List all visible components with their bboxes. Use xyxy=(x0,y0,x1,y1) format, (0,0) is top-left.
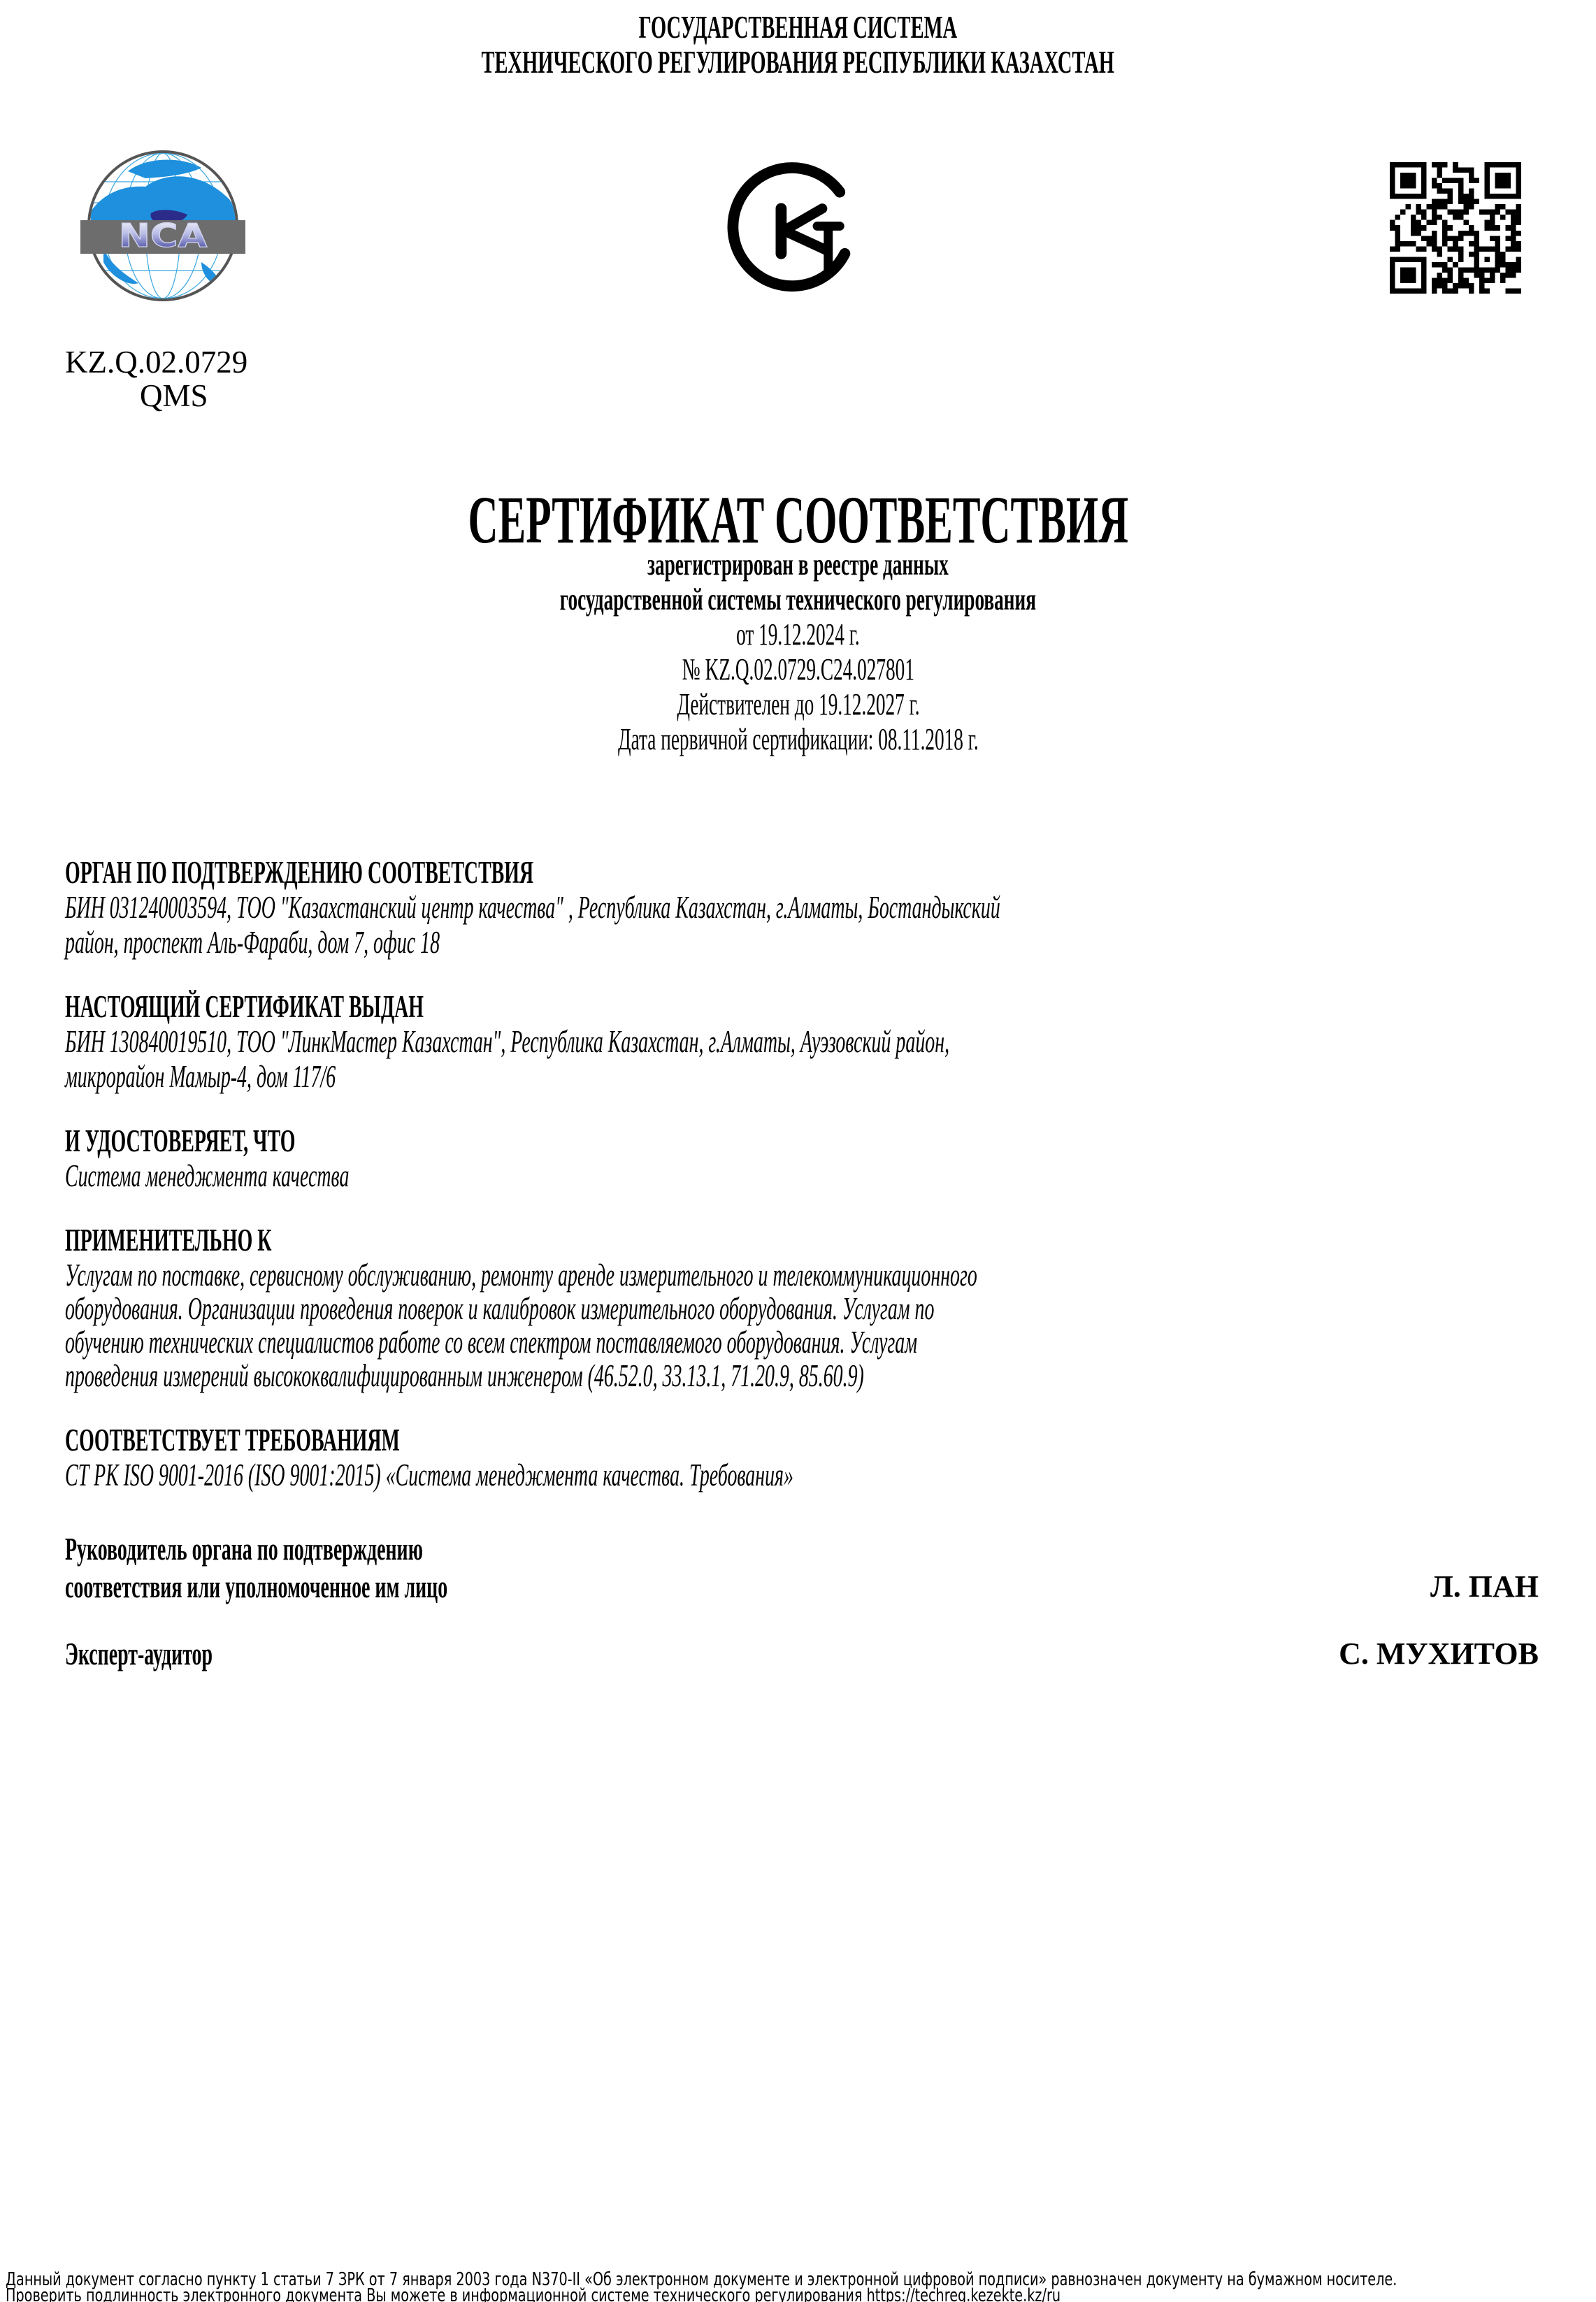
expert-signature-label: Эксперт-аудитор xyxy=(65,1636,213,1672)
section-text-applicable-to-2: оборудования. Организации проведения пов… xyxy=(65,1290,934,1327)
section-title-applicable-to: ПРИМЕНИТЕЛЬНО К xyxy=(65,1222,271,1258)
section-title-certification-body: ОРГАН ПО ПОДТВЕРЖДЕНИЮ СООТВЕТСТВИЯ xyxy=(65,854,533,891)
certificate-number: № KZ.Q.02.0729.C24.027801 xyxy=(0,652,1596,687)
footer-verification-note: Проверить подлинность электронного докум… xyxy=(6,2285,1061,2302)
registered-line-2: государственной системы технического рег… xyxy=(0,582,1596,617)
section-title-issued-to: НАСТОЯЩИЙ СЕРТИФИКАТ ВЫДАН xyxy=(65,988,424,1025)
expert-signature-name: С. МУХИТОВ xyxy=(1339,1636,1539,1671)
section-text-requirements: СТ РК ISO 9001-2016 (ISO 9001:2015) «Сис… xyxy=(65,1457,793,1493)
section-text-applicable-to-1: Услугам по поставке, сервисному обслужив… xyxy=(65,1257,977,1293)
nca-logo: NCA xyxy=(62,143,264,315)
nca-text: NCA xyxy=(119,217,208,254)
header-line-2: ТЕХНИЧЕСКОГО РЕГУЛИРОВАНИЯ РЕСПУБЛИКИ КА… xyxy=(0,43,1596,80)
header-line-1: ГОСУДАРСТВЕННАЯ СИСТЕМА xyxy=(0,8,1596,45)
kt-conformity-mark-icon xyxy=(727,148,877,309)
section-text-issued-to-1: БИН 130840019510, ТОО "ЛинкМастер Казахс… xyxy=(65,1023,949,1060)
head-signature-label-1: Руководитель органа по подтверждению xyxy=(65,1531,423,1567)
head-signature-name: Л. ПАН xyxy=(1430,1569,1539,1604)
qr-code[interactable] xyxy=(1390,162,1521,294)
registration-date: от 19.12.2024 г. xyxy=(0,617,1596,652)
section-text-certification-body-2: район, проспект Аль-Фараби, дом 7, офис … xyxy=(65,924,440,961)
accreditation-code: KZ.Q.02.0729 xyxy=(65,344,247,380)
head-signature-label-2: соответствия или уполномоченное им лицо xyxy=(65,1569,447,1605)
section-title-requirements: СООТВЕТСТВУЕТ ТРЕБОВАНИЯМ xyxy=(65,1422,400,1458)
accreditation-type: QMS xyxy=(140,377,208,414)
valid-until: Действителен до 19.12.2027 г. xyxy=(0,686,1596,722)
initial-certification-date: Дата первичной сертификации: 08.11.2018 … xyxy=(0,721,1596,757)
section-title-certifies: И УДОСТОВЕРЯЕТ, ЧТО xyxy=(65,1123,295,1159)
section-text-certifies: Система менеджмента качества xyxy=(65,1158,349,1194)
registered-line-1: зарегистрирован в реестре данных xyxy=(0,547,1596,582)
section-text-applicable-to-3: обучению технических специалистов работе… xyxy=(65,1324,917,1360)
section-text-certification-body-1: БИН 031240003594, ТОО "Казахстанский цен… xyxy=(65,889,1000,926)
section-text-applicable-to-4: проведения измерений высококвалифицирова… xyxy=(65,1358,864,1394)
section-text-issued-to-2: микрорайон Мамыр-4, дом 117/6 xyxy=(65,1058,336,1095)
